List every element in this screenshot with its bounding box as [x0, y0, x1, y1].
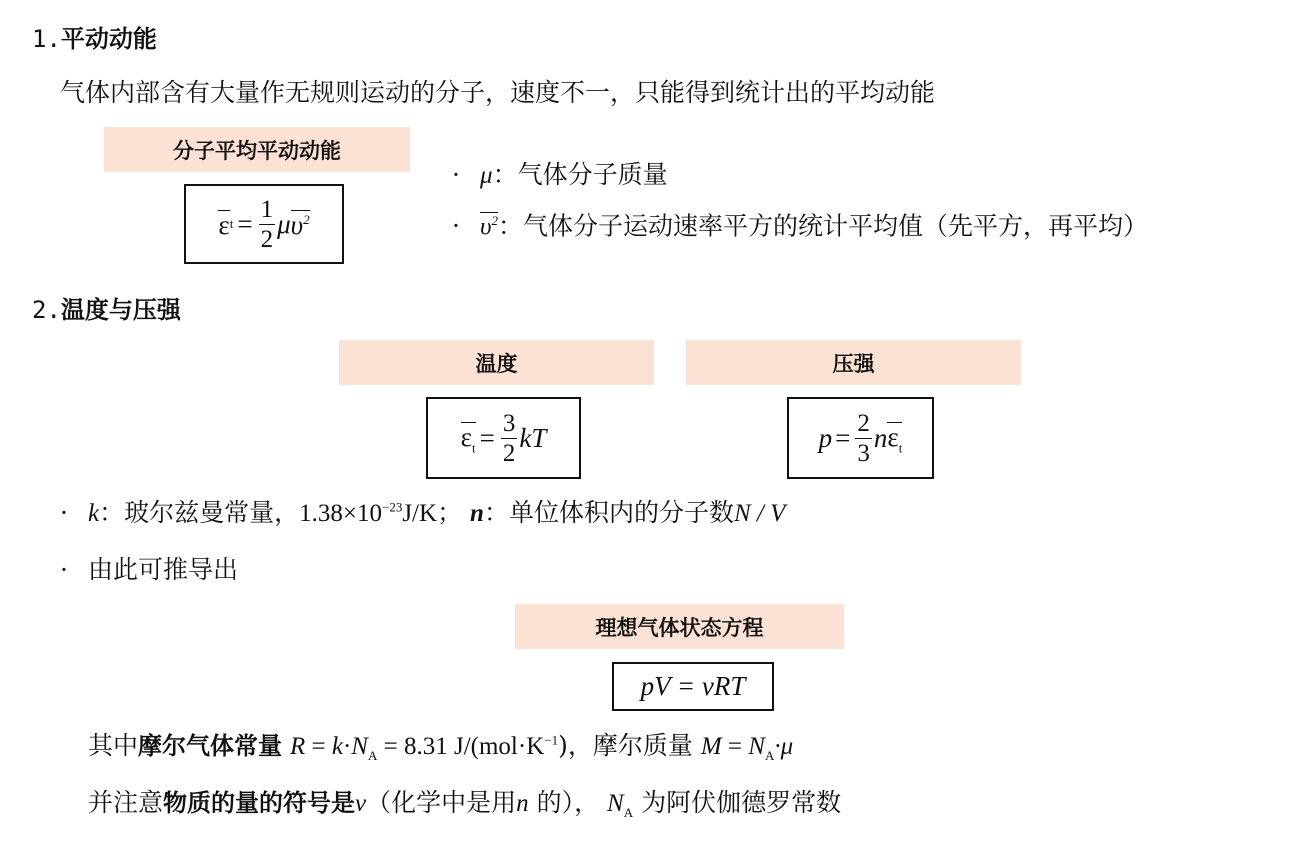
- formula-pressure: p = 23 nεt: [787, 397, 934, 479]
- section-title: 平动动能: [61, 25, 157, 53]
- formula-avg-kinetic-energy: εt = 12 μυ2: [184, 184, 344, 264]
- section-number: 2.: [32, 296, 61, 324]
- banner-temperature: 温度: [339, 340, 654, 385]
- fraction: 12: [259, 197, 276, 252]
- epsilon-bar: ε: [218, 210, 229, 239]
- section-title: 温度与压强: [61, 296, 181, 324]
- note-k-n: ·k：玻尔兹曼常量，1.38×10−23J/K； n：单位体积内的分子数N / …: [60, 500, 785, 526]
- section-2-heading: 2.温度与压强: [32, 290, 181, 325]
- bullet: ·: [452, 162, 480, 187]
- bullet: ·: [60, 557, 88, 582]
- banner-ideal-gas: 理想气体状态方程: [515, 604, 844, 649]
- formula-ideal-gas: pV = νRT: [612, 662, 774, 711]
- bullet: ·: [452, 213, 480, 238]
- banner-avg-kinetic-energy: 分子平均平动动能: [104, 127, 410, 172]
- note-v-squared: ·υ2：气体分子运动速率平方的统计平均值（先平方，再平均）: [452, 212, 1148, 239]
- section-1-heading: 1.平动动能: [32, 19, 157, 54]
- formula-temperature: εt = 32 kT: [426, 397, 581, 479]
- molar-gas-constant-line: 其中摩尔气体常量 R = k·NA = 8.31 J/(mol·K−1)，摩尔质…: [88, 733, 793, 762]
- bullet: ·: [60, 500, 88, 525]
- note-mu: ·μ：气体分子质量: [452, 162, 668, 188]
- intro-paragraph: 气体内部含有大量作无规则运动的分子，速度不一，只能得到统计出的平均动能: [60, 80, 935, 105]
- note-derive: ·由此可推导出: [60, 557, 238, 582]
- section-number: 1.: [32, 25, 61, 53]
- banner-pressure: 压强: [686, 340, 1021, 385]
- amount-of-substance-line: 并注意物质的量的符号是ν（化学中是用n 的）， NA 为阿伏伽德罗常数: [88, 790, 841, 819]
